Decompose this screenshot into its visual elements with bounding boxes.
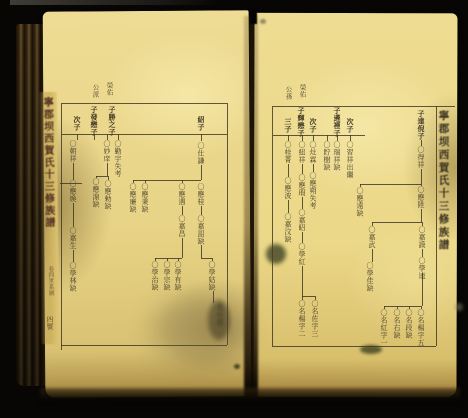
tree-connector-line — [201, 245, 202, 258]
tree-connector-line — [421, 169, 422, 186]
tree-connector-line — [302, 164, 303, 174]
left-margin-volume-note: 卷四世系圖 — [47, 266, 53, 296]
tree-entry: 〇學治缺 — [151, 261, 158, 291]
tree-connector-line — [272, 346, 436, 347]
column-header: 次子 — [309, 118, 316, 133]
tree-connector-line — [372, 249, 373, 262]
column-header: 次子 — [73, 116, 80, 131]
tree-entry: 〇名佐字三 — [311, 300, 318, 338]
column-header: 子勝之子 — [108, 106, 115, 136]
tree-entry: 〇學姑缺 — [208, 261, 215, 291]
tree-entry: 〇嘉汶缺 — [284, 213, 291, 243]
left-leaf-number: 四號 — [46, 316, 53, 330]
tree-entry: 〇名右缺 — [393, 309, 400, 339]
tree-entry: 〇應遠缺 — [356, 187, 363, 217]
tree-connector-line — [422, 249, 423, 257]
tree-connector-line — [60, 183, 82, 184]
tree-connector-line — [178, 258, 179, 261]
tree-connector-line — [273, 106, 455, 107]
tree-connector-line — [96, 176, 108, 177]
tree-connector-line — [302, 296, 315, 297]
tree-connector-line — [77, 134, 78, 140]
tree-entry: 〇名段缺 — [405, 309, 412, 339]
tree-connector-line — [107, 163, 108, 176]
tree-entry: 〇瑞祥缺 — [333, 141, 340, 171]
tree-entry: 〇嘉武 — [368, 226, 375, 249]
tree-entry: 〇應廉缺 — [129, 183, 136, 213]
tree-connector-line — [302, 135, 303, 141]
tree-connector-line — [384, 306, 385, 309]
tree-connector-line — [62, 134, 227, 135]
tree-connector-line — [107, 134, 108, 140]
tree-entry: 〇妙庠 — [103, 140, 110, 163]
tree-entry: 〇學林缺 — [69, 262, 76, 292]
tree-connector-line — [273, 135, 365, 136]
tree-entry: 〇應勅缺 — [104, 180, 111, 210]
tree-connector-line — [422, 273, 423, 306]
tree-connector-line — [436, 106, 437, 346]
tree-entry: 〇嘉昌 — [178, 215, 185, 238]
tree-connector-line — [155, 258, 156, 261]
tree-connector-line — [302, 197, 303, 209]
tree-entry: 〇習祥出繼 — [346, 141, 353, 179]
column-header: 三子 — [284, 118, 291, 133]
generation-label: 榮佑 — [299, 84, 306, 98]
tree-connector-line — [372, 222, 422, 223]
tree-connector-line — [145, 180, 146, 183]
ink-stain — [455, 303, 463, 311]
tree-connector-line — [133, 180, 134, 183]
tree-connector-line — [302, 296, 303, 300]
tree-connector-line — [384, 306, 421, 307]
tree-connector-line — [313, 135, 314, 141]
tree-connector-line — [201, 165, 202, 180]
tree-connector-line — [422, 222, 423, 226]
tree-connector-line — [337, 135, 338, 141]
tree-connector-line — [272, 106, 273, 346]
tree-entry: 〇學有缺 — [174, 261, 181, 291]
column-header: 子遴禋子 — [333, 107, 340, 137]
tree-entry: 〇應桂 — [197, 183, 204, 206]
tree-connector-line — [201, 258, 212, 259]
tree-connector-line — [327, 135, 328, 141]
tree-entry: 〇嘉生 — [69, 227, 76, 250]
tree-connector-line — [421, 140, 422, 146]
tree-entry: 〇仕謙 — [197, 142, 204, 165]
tree-connector-line — [302, 232, 303, 243]
tree-connector-line — [73, 163, 74, 180]
tree-connector-line — [167, 258, 168, 261]
column-header: 紹子 — [197, 116, 204, 131]
photo-of-genealogy-book: 公派榮佑次子子發懋子子勝之子紹子〇朝祥〇應煥〇嘉生〇學林缺〇妙庠〇應湶缺〇應勅缺… — [0, 0, 468, 418]
tree-entry: 〇學紅 — [298, 243, 305, 266]
tree-connector-line — [288, 200, 289, 213]
tree-connector-line — [360, 184, 361, 187]
tree-entry: 〇朝祥 — [69, 140, 76, 163]
column-header: 子發懋子 — [90, 106, 97, 136]
tree-connector-line — [201, 206, 202, 215]
tree-entry: 〇灶霖 — [309, 141, 316, 164]
ink-stain — [360, 345, 382, 354]
tree-connector-line — [94, 134, 95, 140]
tree-connector-line — [182, 180, 183, 183]
tree-connector-line — [397, 306, 398, 309]
ink-stain — [150, 295, 245, 365]
tree-connector-line — [315, 296, 316, 300]
ink-stain — [266, 244, 286, 264]
tree-entry: 〇名楊字五 — [417, 309, 424, 347]
tree-entry: 〇桂菁 — [284, 141, 291, 164]
tree-entry: 〇名紅字一 — [380, 309, 387, 347]
tree-connector-line — [182, 238, 183, 258]
tree-entry: 〇應湶缺 — [92, 178, 99, 208]
tree-connector-line — [96, 176, 97, 178]
tree-connector-line — [182, 206, 183, 215]
tree-connector-line — [421, 306, 422, 309]
tree-connector-line — [288, 135, 289, 141]
tree-entry: 〇勤宇失考 — [114, 140, 121, 178]
tree-connector-line — [133, 180, 201, 181]
column-header: 子輝懋子 — [297, 107, 304, 137]
ink-stain — [260, 19, 266, 24]
tree-entry: 〇嘉謨 — [418, 226, 425, 249]
ink-stain — [234, 364, 240, 369]
tree-connector-line — [73, 203, 74, 227]
tree-entry: 〇應秉缺 — [141, 183, 148, 213]
tree-entry: 〇得祥 — [417, 146, 424, 169]
tree-connector-line — [302, 266, 303, 296]
column-header: 子達倪子 — [417, 110, 424, 140]
tree-connector-line — [62, 103, 227, 104]
tree-entry: 〇應波 — [284, 177, 291, 200]
generation-label: 榮佑 — [106, 82, 113, 96]
tree-entry: 〇貯樹缺 — [323, 141, 330, 171]
tree-connector-line — [372, 222, 373, 226]
tree-connector-line — [212, 258, 213, 261]
tree-entry: 〇名楊字二 — [298, 300, 305, 338]
tree-connector-line — [421, 209, 422, 222]
table-surface-streak — [10, 0, 220, 5]
tree-entry: 〇應遇 — [178, 183, 185, 206]
tree-connector-line — [108, 176, 109, 180]
bottom-page-edge-shadow — [40, 388, 460, 406]
tree-connector-line — [409, 306, 410, 309]
right-fold-title: 寧郡坝西賀氏十三修族譜 — [438, 110, 449, 252]
column-header: 次子 — [346, 118, 353, 133]
tree-entry: 〇學宗缺 — [163, 261, 170, 291]
tree-connector-line — [313, 164, 314, 172]
tree-entry: 〇嘉詔缺 — [197, 215, 204, 245]
tree-entry: 〇應陞 — [417, 186, 424, 209]
center-gutter-crease — [244, 16, 258, 398]
generation-label: 公孫 — [285, 86, 292, 100]
tree-connector-line — [73, 250, 74, 262]
generation-label: 公派 — [92, 84, 99, 98]
tree-entry: 〇紐祥 — [298, 141, 305, 164]
tree-entry: 〇嘉眧 — [298, 209, 305, 232]
gutter-top-notch — [250, 8, 257, 24]
left-fold-title: 寧郡坝西賀氏十三修族譜 — [41, 97, 53, 229]
tree-connector-line — [61, 103, 62, 350]
tree-connector-line — [350, 135, 351, 141]
tree-connector-line — [360, 184, 421, 185]
tree-connector-line — [288, 164, 289, 177]
tree-entry: 〇學佳缺 — [366, 262, 373, 292]
tree-connector-line — [201, 134, 202, 141]
tree-entry: 〇應朔失考 — [309, 172, 316, 210]
tree-connector-line — [118, 134, 119, 140]
tree-entry: 〇應瑕 — [298, 174, 305, 197]
